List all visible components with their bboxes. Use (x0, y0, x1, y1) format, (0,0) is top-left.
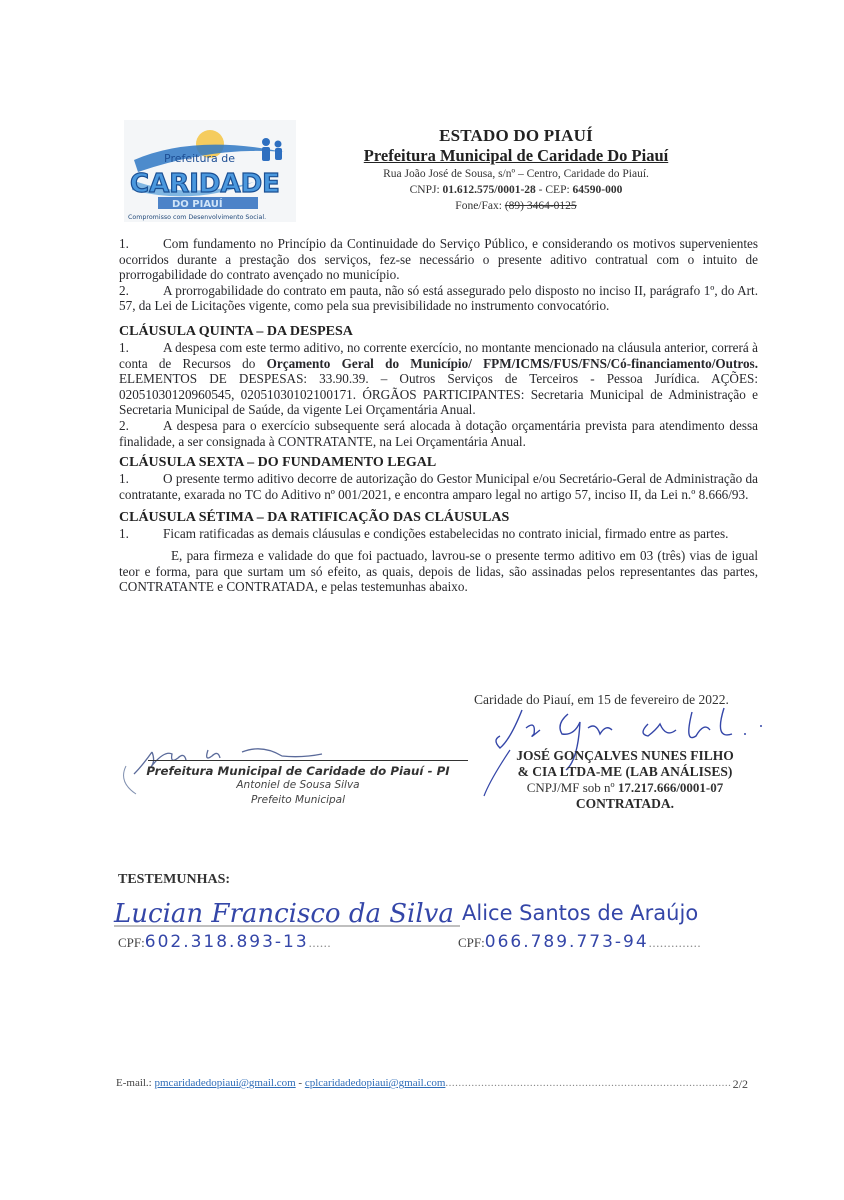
svg-text:DO PIAUÍ: DO PIAUÍ (172, 197, 223, 210)
cnpj-value: 17.217.666/0001-07 (618, 780, 723, 795)
email-label: E-mail.: (116, 1077, 155, 1089)
paragraph-number: 1. (119, 526, 163, 542)
intro-paragraph-2: 2.A prorrogabilidade do contrato em paut… (119, 283, 758, 314)
witness-2-cpf: CPF:066.789.773-94.............. (458, 932, 701, 952)
state-title: ESTADO DO PIAUÍ (330, 126, 702, 146)
email-separator: - (296, 1077, 305, 1089)
cnpj-label: CNPJ/MF sob nº (527, 780, 618, 795)
paragraph-text: ELEMENTOS DE DESPESAS: 33.90.39. – Outro… (119, 371, 758, 417)
budget-source: Orçamento Geral do Município/ FPM/ICMS/F… (267, 356, 758, 371)
contratante-org: Prefeitura Municipal de Caridade do Piau… (128, 764, 468, 778)
signature-line (148, 760, 468, 761)
paragraph-text: E, para firmeza e validade do que foi pa… (119, 548, 758, 594)
cnpj-cep-line: CNPJ: 01.612.575/0001-28 - CEP: 64590-00… (330, 182, 702, 198)
paragraph-number: 1. (119, 236, 163, 252)
cpf-value: 066.789.773-94 (485, 932, 649, 952)
clause-5-paragraph-2: 2.A despesa para o exercício subsequente… (119, 418, 758, 449)
paragraph-text: A despesa para o exercício subsequente s… (119, 418, 758, 449)
page-number: 2/2 (731, 1077, 748, 1089)
svg-text:Prefeitura de: Prefeitura de (164, 152, 235, 165)
logo-graphic: Prefeitura de CARIDADE DO PIAUÍ Compromi… (124, 120, 296, 222)
clause-7-title: CLÁUSULA SÉTIMA – DA RATIFICAÇÃO DAS CLÁ… (119, 510, 758, 526)
paragraph-text: O presente termo aditivo decorre de auto… (119, 471, 758, 502)
witness-2-signature: Alice Santos de Araújo (462, 901, 698, 925)
clause-5-paragraph-1: 1.A despesa com este termo aditivo, no c… (119, 340, 758, 418)
witness-1-cpf: CPF:602.318.893-13...... (118, 932, 331, 952)
intro-paragraph-1: 1.Com fundamento no Princípio da Continu… (119, 236, 758, 283)
contratada-name-line-2: & CIA LTDA-ME (LAB ANÁLISES) (480, 764, 770, 780)
prefeitura-title: Prefeitura Municipal de Caridade Do Piau… (330, 146, 702, 166)
cnpj-value: 01.612.575/0001-28 (443, 184, 536, 196)
address: Rua João José de Sousa, s/nº – Centro, C… (330, 166, 702, 182)
document-body: 1.Com fundamento no Princípio da Continu… (119, 236, 758, 595)
footer: E-mail.: pmcaridadedopiaui@gmail.com - c… (116, 1077, 748, 1089)
contratada-name-line-1: JOSÉ GONÇALVES NUNES FILHO (480, 748, 770, 764)
cpf-label: CPF: (458, 935, 485, 950)
letterhead: ESTADO DO PIAUÍ Prefeitura Municipal de … (330, 126, 702, 214)
paragraph-number: 2. (119, 283, 163, 299)
cpf-label: CPF: (118, 935, 145, 950)
phone-line: Fone/Fax: (89) 3464-0125 (330, 198, 702, 214)
paragraph-number: 2. (119, 418, 163, 434)
svg-text:Compromisso com Desenvolviment: Compromisso com Desenvolvimento Social. (128, 214, 266, 221)
phone-label: Fone/Fax: (455, 200, 505, 212)
clause-5-title: CLÁUSULA QUINTA – DA DESPESA (119, 324, 758, 340)
paragraph-text: A prorrogabilidade do contrato em pauta,… (119, 283, 758, 314)
witnesses-title: TESTEMUNHAS: (118, 872, 230, 888)
contratada-role: CONTRATADA. (480, 796, 770, 812)
paragraph-number: 1. (119, 471, 163, 487)
contratante-signature-block: Prefeitura Municipal de Caridade do Piau… (128, 760, 468, 808)
contratada-signature-block: JOSÉ GONÇALVES NUNES FILHO & CIA LTDA-ME… (480, 748, 770, 812)
clause-6-paragraph-1: 1.O presente termo aditivo decorre de au… (119, 471, 758, 502)
paragraph-text: Ficam ratificadas as demais cláusulas e … (163, 526, 728, 541)
svg-text:CARIDADE: CARIDADE (130, 169, 280, 199)
contratante-name: Antoniel de Sousa Silva (128, 778, 468, 793)
clause-7-paragraph-1: 1.Ficam ratificadas as demais cláusulas … (119, 526, 758, 542)
phone-value: (89) 3464-0125 (505, 200, 577, 212)
date-line: Caridade do Piauí, em 15 de fevereiro de… (474, 692, 729, 708)
cpf-value: 602.318.893-13 (145, 932, 309, 952)
witness-signatures: Lucian Francisco da Silva Alice Santos d… (110, 890, 750, 934)
email-link-2[interactable]: cplcaridadedopiaui@gmail.com (305, 1077, 446, 1089)
cep-value: 64590-000 (573, 184, 623, 196)
paragraph-text: Com fundamento no Princípio da Continuid… (119, 236, 758, 282)
paragraph-number: 1. (119, 340, 163, 356)
witness-1-signature: Lucian Francisco da Silva (113, 899, 454, 929)
contratante-role: Prefeito Municipal (128, 793, 468, 808)
closing-paragraph: E, para firmeza e validade do que foi pa… (119, 548, 758, 595)
cep-label: - CEP: (536, 184, 573, 196)
municipal-logo: Prefeitura de CARIDADE DO PIAUÍ Compromi… (124, 120, 296, 222)
email-link-1[interactable]: pmcaridadedopiaui@gmail.com (155, 1077, 296, 1089)
clause-6-title: CLÁUSULA SEXTA – DO FUNDAMENTO LEGAL (119, 455, 758, 471)
cnpj-label: CNPJ: (410, 184, 443, 196)
contratada-cnpj: CNPJ/MF sob nº 17.217.666/0001-07 (480, 780, 770, 796)
